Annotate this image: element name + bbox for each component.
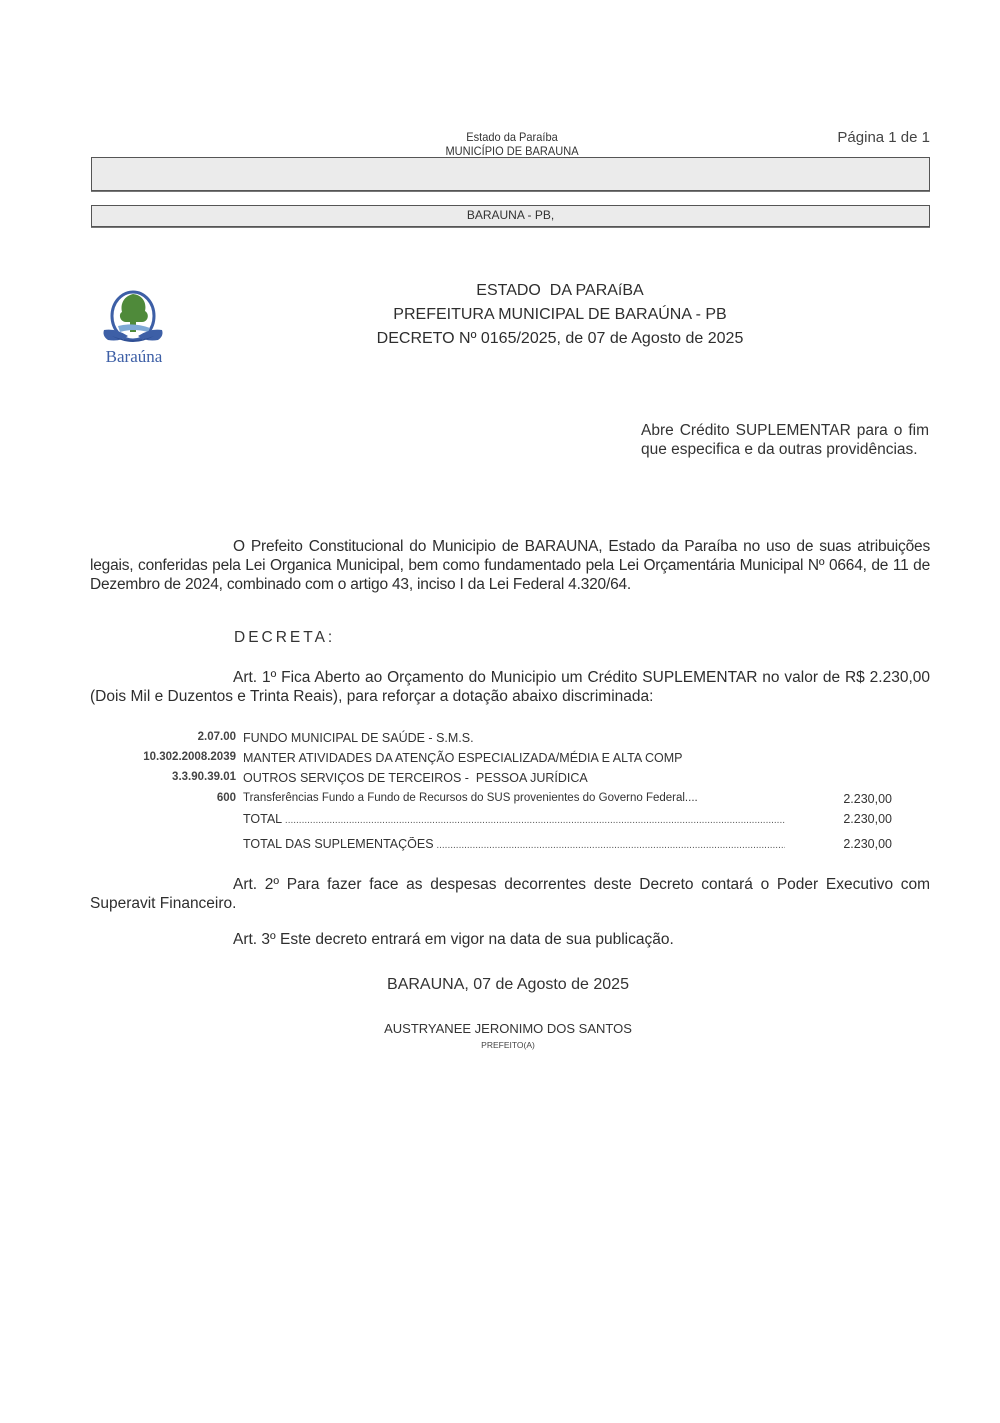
- table-row: 2.07.00 FUNDO MUNICIPAL DE SAÚDE - S.M.S…: [100, 731, 900, 749]
- article-1: Art. 1º Fica Aberto ao Orçamento do Muni…: [90, 668, 930, 706]
- table-row: 10.302.2008.2039 MANTER ATIVIDADES DA AT…: [100, 751, 900, 769]
- budget-description: OUTROS SERVIÇOS DE TERCEIROS - PESSOA JU…: [243, 771, 588, 785]
- budget-code: 600: [217, 792, 236, 804]
- budget-code: 10.302.2008.2039: [143, 751, 236, 763]
- decreta-heading: DECRETA:: [234, 629, 335, 647]
- decree-summary: Abre Crédito SUPLEMENTAR para o fim que …: [641, 421, 929, 459]
- grand-total-amount: 2.230,00: [843, 837, 892, 851]
- municipal-logo: Baraúna: [98, 286, 176, 368]
- budget-amount: 2.230,00: [843, 792, 892, 806]
- budget-description: MANTER ATIVIDADES DA ATENÇÃO ESPECIALIZA…: [243, 751, 682, 765]
- place-and-date: BARAUNA, 07 de Agosto de 2025: [0, 976, 1000, 994]
- header-municipality: MUNICÍPIO DE BARAUNA: [41, 144, 983, 158]
- budget-code: 2.07.00: [198, 731, 236, 743]
- article-2: Art. 2º Para fazer face as despesas deco…: [90, 875, 930, 913]
- table-row: 600 Transferências Fundo a Fundo de Recu…: [100, 792, 900, 810]
- grand-total-row: TOTAL DAS SUPLEMENTAÇÕES 2.230,00: [100, 837, 900, 855]
- total-amount: 2.230,00: [843, 812, 892, 826]
- article-3: Art. 3º Este decreto entrará em vigor na…: [233, 931, 674, 949]
- page-indicator: Página 1 de 1: [837, 129, 930, 146]
- preamble-paragraph: O Prefeito Constitucional do Municipio d…: [90, 537, 930, 594]
- location-text: BARAUNA - PB,: [91, 208, 930, 222]
- decree-title: DECRETO Nº 0165/2025, de 07 de Agosto de…: [300, 330, 820, 348]
- coat-of-arms-icon: Baraúna: [98, 286, 176, 368]
- budget-description: Transferências Fundo a Fundo de Recursos…: [243, 792, 698, 804]
- budget-code: 3.3.90.39.01: [172, 771, 236, 783]
- signer-role: PREFEITO(A): [0, 1040, 1000, 1050]
- signer-name: AUSTRYANEE JERONIMO DOS SANTOS: [0, 1021, 1000, 1036]
- title-state: ESTADO DA PARAíBA: [300, 282, 820, 300]
- header-blank-box: [91, 157, 930, 191]
- logo-text: Baraúna: [106, 347, 163, 366]
- total-row: TOTAL 2.230,00: [100, 812, 900, 830]
- grand-total-label: TOTAL DAS SUPLEMENTAÇÕES: [243, 837, 785, 851]
- table-row: 3.3.90.39.01 OUTROS SERVIÇOS DE TERCEIRO…: [100, 771, 900, 789]
- title-prefeitura: PREFEITURA MUNICIPAL DE BARAÚNA - PB: [300, 306, 820, 324]
- total-label: TOTAL: [243, 812, 785, 826]
- budget-description: FUNDO MUNICIPAL DE SAÚDE - S.M.S.: [243, 731, 474, 745]
